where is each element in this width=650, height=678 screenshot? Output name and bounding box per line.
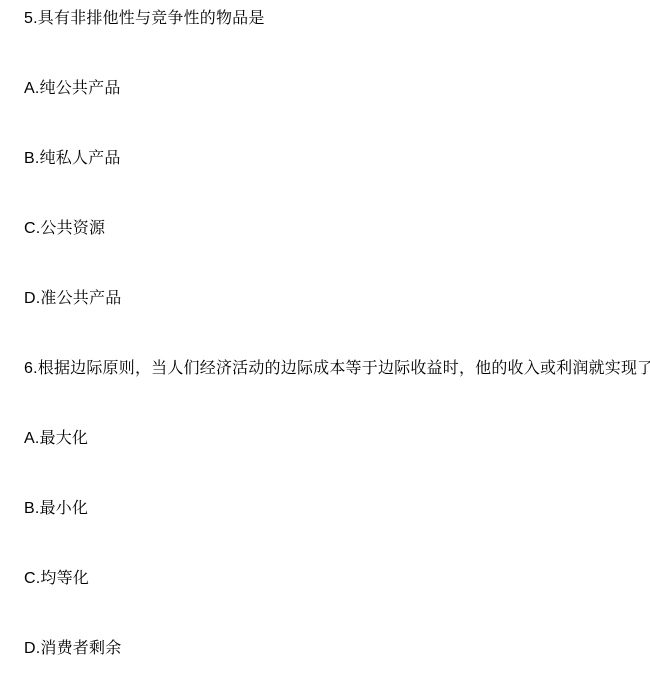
question-6-option-d[interactable]: D.消费者剩余 [24, 638, 646, 660]
question-6-option-c[interactable]: C.均等化 [24, 568, 646, 590]
question-5-option-a[interactable]: A.纯公共产品 [24, 78, 646, 100]
question-5-stem: 5.具有非排他性与竞争性的物品是 [24, 8, 646, 30]
question-6-option-b[interactable]: B.最小化 [24, 498, 646, 520]
question-6-stem: 6.根据边际原则，当人们经济活动的边际成本等于边际收益时，他的收入或利润就实现了 [24, 358, 646, 380]
exam-document: 5.具有非排他性与竞争性的物品是 A.纯公共产品 B.纯私人产品 C.公共资源 … [0, 0, 650, 678]
question-5-option-d[interactable]: D.准公共产品 [24, 288, 646, 310]
question-6-option-a[interactable]: A.最大化 [24, 428, 646, 450]
question-5-option-b[interactable]: B.纯私人产品 [24, 148, 646, 170]
question-5-option-c[interactable]: C.公共资源 [24, 218, 646, 240]
